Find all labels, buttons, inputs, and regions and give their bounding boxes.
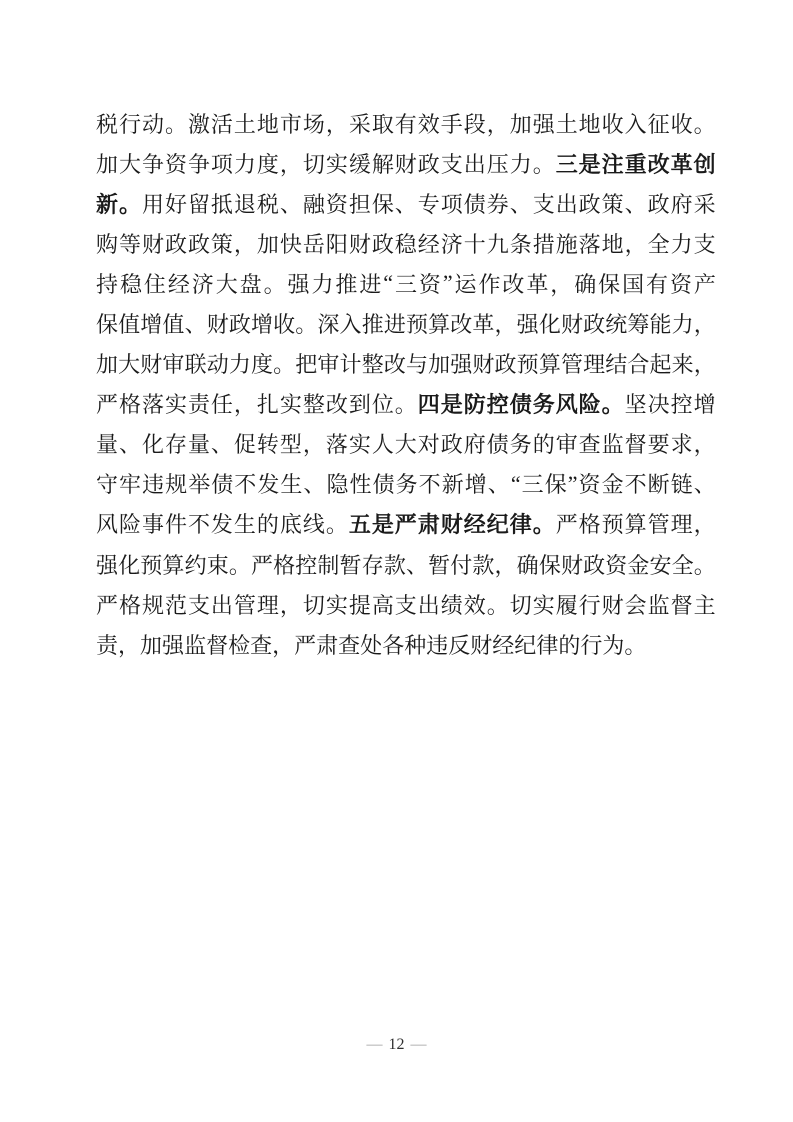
text-char: ， xyxy=(303,428,325,459)
text-char: 行 xyxy=(580,629,602,660)
text-char: 支 xyxy=(694,228,716,259)
text-line: 责，加强监督检查，严肃查处各种违反财经纪律的行为。 xyxy=(96,624,716,664)
bold-text-char: 律 xyxy=(510,508,532,539)
text-char: 等 xyxy=(119,228,141,259)
text-char: 经 xyxy=(168,268,190,299)
text-char: 化 xyxy=(118,549,140,580)
text-char: 力 xyxy=(671,228,693,259)
text-char: 持 xyxy=(96,268,118,299)
text-char: 加 xyxy=(510,108,532,139)
page-footer: — 12 — xyxy=(0,1036,793,1054)
text-char: 资 xyxy=(605,549,627,580)
text-char: 三 xyxy=(522,468,544,499)
text-char: 监 xyxy=(602,428,624,459)
text-char: ” xyxy=(568,471,578,497)
text-char: 大 xyxy=(395,428,417,459)
text-char: 资 xyxy=(419,268,441,299)
text-char: 有 xyxy=(395,108,417,139)
text-char: 举 xyxy=(188,468,210,499)
text-char: 全 xyxy=(648,228,670,259)
text-char: 济 xyxy=(441,228,463,259)
bold-text-char: 是 xyxy=(441,388,463,419)
text-char: 、 xyxy=(303,468,325,499)
text-char: 隐 xyxy=(326,468,348,499)
text-char: 。 xyxy=(694,549,716,580)
text-char: 制 xyxy=(317,549,339,580)
text-char: 力 xyxy=(311,268,333,299)
text-char: 出 xyxy=(556,188,578,219)
text-char: 深 xyxy=(317,308,339,339)
text-char: 强 xyxy=(517,308,539,339)
text-char: 债 xyxy=(464,188,486,219)
text-char: 九 xyxy=(487,228,509,259)
text-char: 支 xyxy=(533,188,555,219)
text-char: 保 xyxy=(598,268,620,299)
text-char: 有 xyxy=(646,268,668,299)
text-char: 改 xyxy=(450,308,472,339)
text-char: 确 xyxy=(517,549,539,580)
text-char: 资 xyxy=(579,468,601,499)
text-char: 进 xyxy=(384,308,406,339)
text-char: 项 xyxy=(211,148,233,179)
text-char: 留 xyxy=(188,188,210,219)
text-char: 。 xyxy=(487,589,509,620)
text-char: 缓 xyxy=(349,148,371,179)
text-char: 改 xyxy=(326,388,348,419)
text-char: 对 xyxy=(418,428,440,459)
footer-dash-right: — xyxy=(411,1036,427,1054)
text-line: 保值增值、财政增收。深入推进预算改革，强化财政统筹能力， xyxy=(96,303,716,343)
text-char: 收 xyxy=(273,308,295,339)
text-char: 求 xyxy=(671,428,693,459)
text-char: 管 xyxy=(561,348,583,379)
text-char: 处 xyxy=(360,629,382,660)
text-char: 效 xyxy=(418,108,440,139)
text-char: 住 xyxy=(144,268,166,299)
text-char: 链 xyxy=(671,468,693,499)
text-char: 稳 xyxy=(120,268,142,299)
text-char: 、 xyxy=(185,308,207,339)
text-char: 绩 xyxy=(441,589,463,620)
text-char: 守 xyxy=(96,468,118,499)
text-char: 纪 xyxy=(514,629,536,660)
text-char: 增 xyxy=(465,468,487,499)
text-char: 经 xyxy=(492,629,514,660)
text-char: 条 xyxy=(510,228,532,259)
text-char: 实 xyxy=(533,589,555,620)
text-char: 府 xyxy=(464,428,486,459)
text-char: 经 xyxy=(418,228,440,259)
text-char: 发 xyxy=(211,508,233,539)
text-char: 督 xyxy=(671,589,693,620)
text-char: 暂 xyxy=(428,549,450,580)
text-char: 支 xyxy=(395,589,417,620)
text-char: 查 xyxy=(579,428,601,459)
text-char: 任 xyxy=(211,388,233,419)
text-char: 整 xyxy=(362,348,384,379)
text-char: 的 xyxy=(558,629,580,660)
text-char: 来 xyxy=(672,348,694,379)
text-char: 专 xyxy=(418,188,440,219)
text-char: 落 xyxy=(326,428,348,459)
text-char: ， xyxy=(495,308,517,339)
text-char: 格 xyxy=(579,508,601,539)
text-char: 算 xyxy=(539,348,561,379)
text-char: 件 xyxy=(165,508,187,539)
text-char: 进 xyxy=(359,268,381,299)
text-char: 大 xyxy=(118,348,140,379)
text-line: 风险事件不发生的底线。五是严肃财经纪律。严格预算管理， xyxy=(96,504,716,544)
text-char: 府 xyxy=(671,188,693,219)
text-char: 规 xyxy=(142,589,164,620)
bold-text-char: 是 xyxy=(579,148,601,179)
text-char: 不 xyxy=(625,468,647,499)
text-char: 新 xyxy=(442,468,464,499)
text-char: 查 xyxy=(338,629,360,660)
text-char: 化 xyxy=(142,428,164,459)
text-line: 严格落实责任，扎实整改到位。四是防控债务风险。坚决控增 xyxy=(96,384,716,424)
text-char: 安 xyxy=(650,549,672,580)
text-char: 。 xyxy=(533,148,555,179)
text-char: 管 xyxy=(234,589,256,620)
text-char: 强 xyxy=(288,268,310,299)
text-char: 段 xyxy=(464,108,486,139)
text-char: 财 xyxy=(602,589,624,620)
text-char: 。 xyxy=(395,388,417,419)
text-char: 融 xyxy=(303,188,325,219)
text-char: 审 xyxy=(317,348,339,379)
text-char: 。 xyxy=(326,508,348,539)
text-char: 生 xyxy=(234,508,256,539)
text-char: 确 xyxy=(574,268,596,299)
text-char: 、 xyxy=(694,468,716,499)
text-char: 政 xyxy=(579,188,601,219)
text-char: 审 xyxy=(556,428,578,459)
text-char: 大 xyxy=(216,268,238,299)
text-char: 稳 xyxy=(395,228,417,259)
text-char: 高 xyxy=(372,589,394,620)
text-char: 项 xyxy=(441,188,463,219)
text-char: 种 xyxy=(404,629,426,660)
text-char: 地 xyxy=(257,108,279,139)
text-char: 保 xyxy=(96,308,118,339)
text-char: 作 xyxy=(478,268,500,299)
text-char: 实 xyxy=(165,388,187,419)
text-char: 到 xyxy=(349,388,371,419)
text-char: 统 xyxy=(605,308,627,339)
text-char: 增 xyxy=(694,388,716,419)
text-char: 政 xyxy=(648,188,670,219)
text-char: 强 xyxy=(533,108,555,139)
text-char: 严 xyxy=(294,629,316,660)
text-char: 资 xyxy=(326,188,348,219)
text-char: 大 xyxy=(119,148,141,179)
text-char: 。 xyxy=(273,348,295,379)
bold-text-char: 防 xyxy=(464,388,486,419)
text-char: 力 xyxy=(510,148,532,179)
text-block: 税行动。激活土地市场，采取有效手段，加强土地收入征收。加大争资争项力度，切实缓解… xyxy=(96,103,716,664)
text-char: 债 xyxy=(373,468,395,499)
text-line: 加大财审联动力度。把审计整改与加强财政预算管理结合起来， xyxy=(96,344,716,384)
text-char: 控 xyxy=(295,549,317,580)
text-char: 。 xyxy=(264,268,286,299)
text-char: 力 xyxy=(672,308,694,339)
text-char: 解 xyxy=(372,148,394,179)
text-char: 理 xyxy=(583,348,605,379)
text-char: 各 xyxy=(382,629,404,660)
text-char: 政 xyxy=(495,348,517,379)
text-line: 守牢违规举债不发生、隐性债务不新增、“三保”资金不断链、 xyxy=(96,464,716,504)
text-char: 存 xyxy=(362,549,384,580)
text-char: 违 xyxy=(426,629,448,660)
bold-text-char: 。 xyxy=(119,188,141,219)
text-char: 三 xyxy=(395,268,417,299)
text-char: 加 xyxy=(140,629,162,660)
text-char: 财 xyxy=(561,549,583,580)
text-char: 风 xyxy=(96,508,118,539)
text-char: 券 xyxy=(487,188,509,219)
text-char: 快 xyxy=(280,228,302,259)
text-char: 款 xyxy=(384,549,406,580)
text-char: 不 xyxy=(234,468,256,499)
text-char: 加 xyxy=(96,148,118,179)
text-char: 严 xyxy=(556,508,578,539)
text-char: ， xyxy=(234,228,256,259)
text-char: 主 xyxy=(694,589,716,620)
text-char: 度 xyxy=(257,148,279,179)
text-char: 督 xyxy=(206,629,228,660)
text-char: 保 xyxy=(372,188,394,219)
text-char: 措 xyxy=(533,228,555,259)
text-char: 强 xyxy=(96,549,118,580)
text-char: 查 xyxy=(250,629,272,660)
text-char: “ xyxy=(511,471,521,497)
text-char: 与 xyxy=(406,348,428,379)
text-char: 型 xyxy=(280,428,302,459)
bold-text-char: 。 xyxy=(602,388,624,419)
bold-text-char: 三 xyxy=(556,148,578,179)
text-char: 束 xyxy=(207,549,229,580)
text-char: 行 xyxy=(119,108,141,139)
text-char: 。 xyxy=(295,308,317,339)
text-char: 政 xyxy=(583,549,605,580)
bold-text-char: 财 xyxy=(441,508,463,539)
text-char: 责 xyxy=(96,629,118,660)
text-char: 争 xyxy=(142,148,164,179)
text-char: 、 xyxy=(488,468,510,499)
text-char: 活 xyxy=(211,108,233,139)
text-char: 人 xyxy=(372,428,394,459)
text-char: 资 xyxy=(670,268,692,299)
text-char: 化 xyxy=(539,308,561,339)
text-char: ， xyxy=(234,388,256,419)
text-line: 强化预算约束。严格控制暂存款、暂付款，确保财政资金安全。 xyxy=(96,544,716,584)
text-char: 实 xyxy=(326,148,348,179)
text-char: 实 xyxy=(349,428,371,459)
text-char: ， xyxy=(280,148,302,179)
text-char: 值 xyxy=(118,308,140,339)
text-char: 。 xyxy=(229,549,251,580)
bold-text-char: 重 xyxy=(625,148,647,179)
text-char: 购 xyxy=(96,228,118,259)
text-char: 事 xyxy=(142,508,164,539)
text-char: 。 xyxy=(624,629,646,660)
bold-text-char: 五 xyxy=(349,508,371,539)
text-char: 阳 xyxy=(326,228,348,259)
text-char: 财 xyxy=(207,308,229,339)
text-char: 切 xyxy=(303,589,325,620)
bold-text-char: 四 xyxy=(418,388,440,419)
text-char: ， xyxy=(326,108,348,139)
text-char: 税 xyxy=(257,188,279,219)
text-char: 预 xyxy=(406,308,428,339)
text-line: 量、化存量、促转型，落实人大对政府债务的审查监督要求， xyxy=(96,424,716,464)
text-char: 促 xyxy=(234,428,256,459)
text-char: 底 xyxy=(280,508,302,539)
text-char: 值 xyxy=(162,308,184,339)
text-char: 入 xyxy=(340,308,362,339)
text-char: 出 xyxy=(418,589,440,620)
document-page: 税行动。激活土地市场，采取有效手段，加强土地收入征收。加大争资争项力度，切实缓解… xyxy=(0,0,793,1122)
text-char: 牢 xyxy=(119,468,141,499)
bold-text-char: 革 xyxy=(671,148,693,179)
text-char: 检 xyxy=(228,629,250,660)
text-char: 度 xyxy=(251,348,273,379)
text-char: ， xyxy=(694,508,716,539)
text-char: 推 xyxy=(335,268,357,299)
text-char: 险 xyxy=(119,508,141,539)
text-char: 出 xyxy=(211,589,233,620)
footer-dash-left: — xyxy=(367,1036,383,1054)
text-char: 革 xyxy=(472,308,494,339)
text-char: 政 xyxy=(229,308,251,339)
text-char: 能 xyxy=(650,308,672,339)
text-char: 资 xyxy=(165,148,187,179)
text-char: 财 xyxy=(140,348,162,379)
text-char: ” xyxy=(443,270,453,296)
text-char: 税 xyxy=(96,108,118,139)
text-char: 要 xyxy=(648,428,670,459)
text-line: 持稳住经济大盘。强力推进“三资”运作改革，确保国有资产 xyxy=(96,263,716,303)
text-char: 转 xyxy=(257,428,279,459)
text-char: 性 xyxy=(350,468,372,499)
text-char: 格 xyxy=(273,549,295,580)
text-char: 整 xyxy=(303,388,325,419)
text-char: 加 xyxy=(428,348,450,379)
text-char: ， xyxy=(694,348,716,379)
text-char: 不 xyxy=(188,508,210,539)
text-char: 范 xyxy=(165,589,187,620)
text-char: 线 xyxy=(303,508,325,539)
text-char: 国 xyxy=(622,268,644,299)
text-char: 付 xyxy=(450,549,472,580)
text-char: ， xyxy=(625,228,647,259)
text-char: 存 xyxy=(165,428,187,459)
text-char: 格 xyxy=(119,388,141,419)
text-char: 算 xyxy=(428,308,450,339)
text-char: 预 xyxy=(140,549,162,580)
text-char: 算 xyxy=(625,508,647,539)
text-char: 、 xyxy=(395,188,417,219)
text-char: ， xyxy=(280,589,302,620)
text-char: 动 xyxy=(142,108,164,139)
text-char: 抵 xyxy=(211,188,233,219)
text-char: 改 xyxy=(384,348,406,379)
text-char: 策 xyxy=(602,188,624,219)
text-char: 责 xyxy=(188,388,210,419)
bold-text-char: 肃 xyxy=(418,508,440,539)
text-char: 政 xyxy=(583,308,605,339)
text-line: 税行动。激活土地市场，采取有效手段，加强土地收入征收。 xyxy=(96,103,716,143)
text-char: 政 xyxy=(188,228,210,259)
text-char: 债 xyxy=(487,428,509,459)
text-char: “ xyxy=(383,270,393,296)
text-char: 切 xyxy=(510,589,532,620)
text-char: 政 xyxy=(418,148,440,179)
text-char: 金 xyxy=(602,468,624,499)
text-char: 济 xyxy=(192,268,214,299)
text-char: 财 xyxy=(472,348,494,379)
text-char: 生 xyxy=(280,468,302,499)
bold-text-char: 债 xyxy=(510,388,532,419)
text-char: 务 xyxy=(510,428,532,459)
text-char: 力 xyxy=(229,348,251,379)
text-char: 采 xyxy=(694,188,716,219)
text-char: 坚 xyxy=(625,388,647,419)
bold-text-char: 新 xyxy=(96,188,118,219)
text-char: 联 xyxy=(185,348,207,379)
text-char: 、 xyxy=(119,428,141,459)
text-char: 切 xyxy=(303,148,325,179)
text-char: 盘 xyxy=(240,268,262,299)
text-char: ， xyxy=(487,108,509,139)
text-char: 地 xyxy=(579,108,601,139)
text-char: 断 xyxy=(648,468,670,499)
text-char: 加 xyxy=(257,228,279,259)
text-char: 财 xyxy=(349,228,371,259)
text-char: 发 xyxy=(257,468,279,499)
text-char: 预 xyxy=(602,508,624,539)
text-char: 用 xyxy=(142,188,164,219)
text-char: 位 xyxy=(372,388,394,419)
text-char: 策 xyxy=(211,228,233,259)
text-char: 政 xyxy=(372,228,394,259)
text-char: 增 xyxy=(140,308,162,339)
text-char: 财 xyxy=(142,228,164,259)
text-char: 严 xyxy=(96,388,118,419)
text-char: 落 xyxy=(579,228,601,259)
text-char: 落 xyxy=(142,388,164,419)
text-char: 规 xyxy=(165,468,187,499)
text-char: 、 xyxy=(625,188,647,219)
text-char: 审 xyxy=(162,348,184,379)
text-char: 、 xyxy=(211,428,233,459)
text-char: 的 xyxy=(533,428,555,459)
text-char: 律 xyxy=(536,629,558,660)
text-char: ， xyxy=(550,268,572,299)
text-char: 严 xyxy=(96,589,118,620)
bold-text-char: 经 xyxy=(464,508,486,539)
text-char: ， xyxy=(495,549,517,580)
text-char: 理 xyxy=(257,589,279,620)
text-char: 入 xyxy=(625,108,647,139)
text-char: 退 xyxy=(234,188,256,219)
bold-text-char: 是 xyxy=(372,508,394,539)
text-char: 债 xyxy=(211,468,233,499)
text-char: ， xyxy=(694,428,716,459)
text-char: 预 xyxy=(517,348,539,379)
text-char: 土 xyxy=(234,108,256,139)
